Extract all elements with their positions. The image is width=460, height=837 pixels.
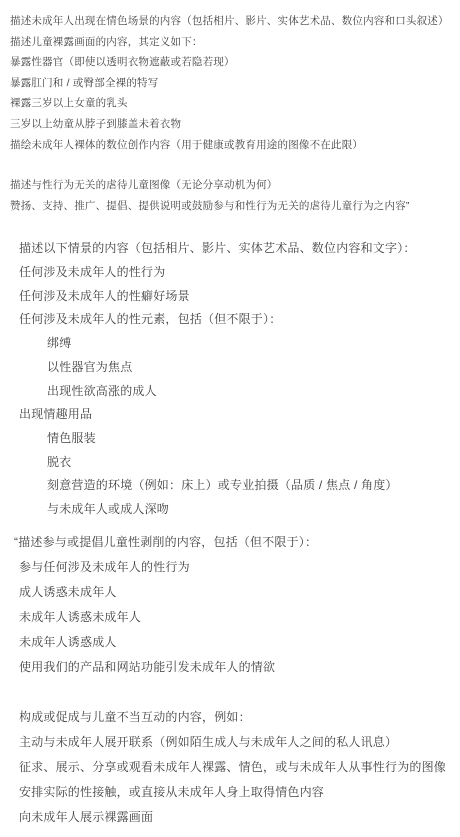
policy-line: 描述未成年人出现在情色场景的内容（包括相片、影片、实体艺术品、数位内容和口头叙述… [10, 11, 460, 32]
policy-line-nested: 刻意营造的环境（例如：床上）或专业拍摄（品质 / 焦点 / 角度） [19, 474, 460, 498]
policy-line: 描述与性行为无关的虐待儿童图像（无论分享动机为何） [10, 175, 460, 196]
policy-line: 描述以下情景的内容（包括相片、影片、实体艺术品、数位内容和文字）： [19, 237, 460, 261]
definitions-paragraph-1: 描述未成年人出现在情色场景的内容（包括相片、影片、实体艺术品、数位内容和口头叙述… [10, 11, 460, 155]
policy-line: 未成年人诱惑未成年人 [19, 605, 460, 630]
policy-line: 任何涉及未成年人的性元素，包括（但不限于）： [19, 308, 460, 332]
policy-line-nested: 脱衣 [19, 451, 460, 475]
policy-line: 暴露性器官（即使以透明衣物遮蔽或若隐若现） [10, 52, 460, 73]
policy-line: 参与任何涉及未成年人的性行为 [19, 555, 460, 580]
policy-document: 描述未成年人出现在情色场景的内容（包括相片、影片、实体艺术品、数位内容和口头叙述… [0, 0, 460, 830]
policy-line: 描绘未成年人裸体的数位创作内容（用于健康或教育用途的图像不在此限） [10, 135, 460, 156]
policy-line: “描述参与或提倡儿童性剥削的内容，包括（但不限于）： [14, 530, 460, 555]
policy-line: 暴露肛门和 / 或臀部全裸的特写 [10, 73, 460, 94]
policy-line-nested: 出现性欲高涨的成人 [19, 380, 460, 404]
policy-line-nested: 绑缚 [19, 332, 460, 356]
policy-line: 使用我们的产品和网站功能引发未成年人的情欲 [19, 655, 460, 680]
policy-line: 未成年人诱惑成人 [19, 630, 460, 655]
policy-line-nested: 以性器官为焦点 [19, 356, 460, 380]
section-depicted-scenarios: 描述以下情景的内容（包括相片、影片、实体艺术品、数位内容和文字）： 任何涉及未成… [0, 237, 460, 521]
policy-line: 三岁以上幼童从脖子到膝盖未着衣物 [10, 114, 460, 135]
policy-line: 出现情趣用品 [19, 403, 460, 427]
policy-line: 构成或促成与儿童不当互动的内容，例如： [19, 705, 460, 730]
policy-line-nested: 情色服装 [19, 427, 460, 451]
policy-line: 描述儿童裸露画面的内容，其定义如下： [10, 32, 460, 53]
policy-line: 征求、展示、分享或观看未成年人裸露、情色，或与未成年人从事性行为的图像 [19, 755, 460, 780]
policy-line: 安排实际的性接触，或直接从未成年人身上取得情色内容 [19, 780, 460, 805]
section-inappropriate-interactions: 构成或促成与儿童不当互动的内容，例如： 主动与未成年人展开联系（例如陌生成人与未… [0, 705, 460, 830]
policy-line-nested: 与未成年人或成人深吻 [19, 498, 460, 522]
policy-line: 裸露三岁以上女童的乳头 [10, 93, 460, 114]
policy-line: 成人诱惑未成年人 [19, 580, 460, 605]
section-child-exploitation-content: “描述参与或提倡儿童性剥削的内容，包括（但不限于）： 参与任何涉及未成年人的性行… [0, 530, 460, 680]
policy-line: 赞扬、支持、推广、提倡、提供说明或鼓励参与和性行为无关的虐待儿童行为之内容” [10, 196, 460, 217]
definitions-paragraph-2: 描述与性行为无关的虐待儿童图像（无论分享动机为何） 赞扬、支持、推广、提倡、提供… [10, 175, 460, 216]
policy-line: 主动与未成年人展开联系（例如陌生成人与未成年人之间的私人讯息） [19, 730, 460, 755]
section-minor-sexual-content-definitions: 描述未成年人出现在情色场景的内容（包括相片、影片、实体艺术品、数位内容和口头叙述… [0, 11, 460, 216]
policy-line: 向未成年人展示裸露画面 [19, 805, 460, 830]
policy-line: 任何涉及未成年人的性癖好场景 [19, 285, 460, 309]
policy-line: 任何涉及未成年人的性行为 [19, 261, 460, 285]
